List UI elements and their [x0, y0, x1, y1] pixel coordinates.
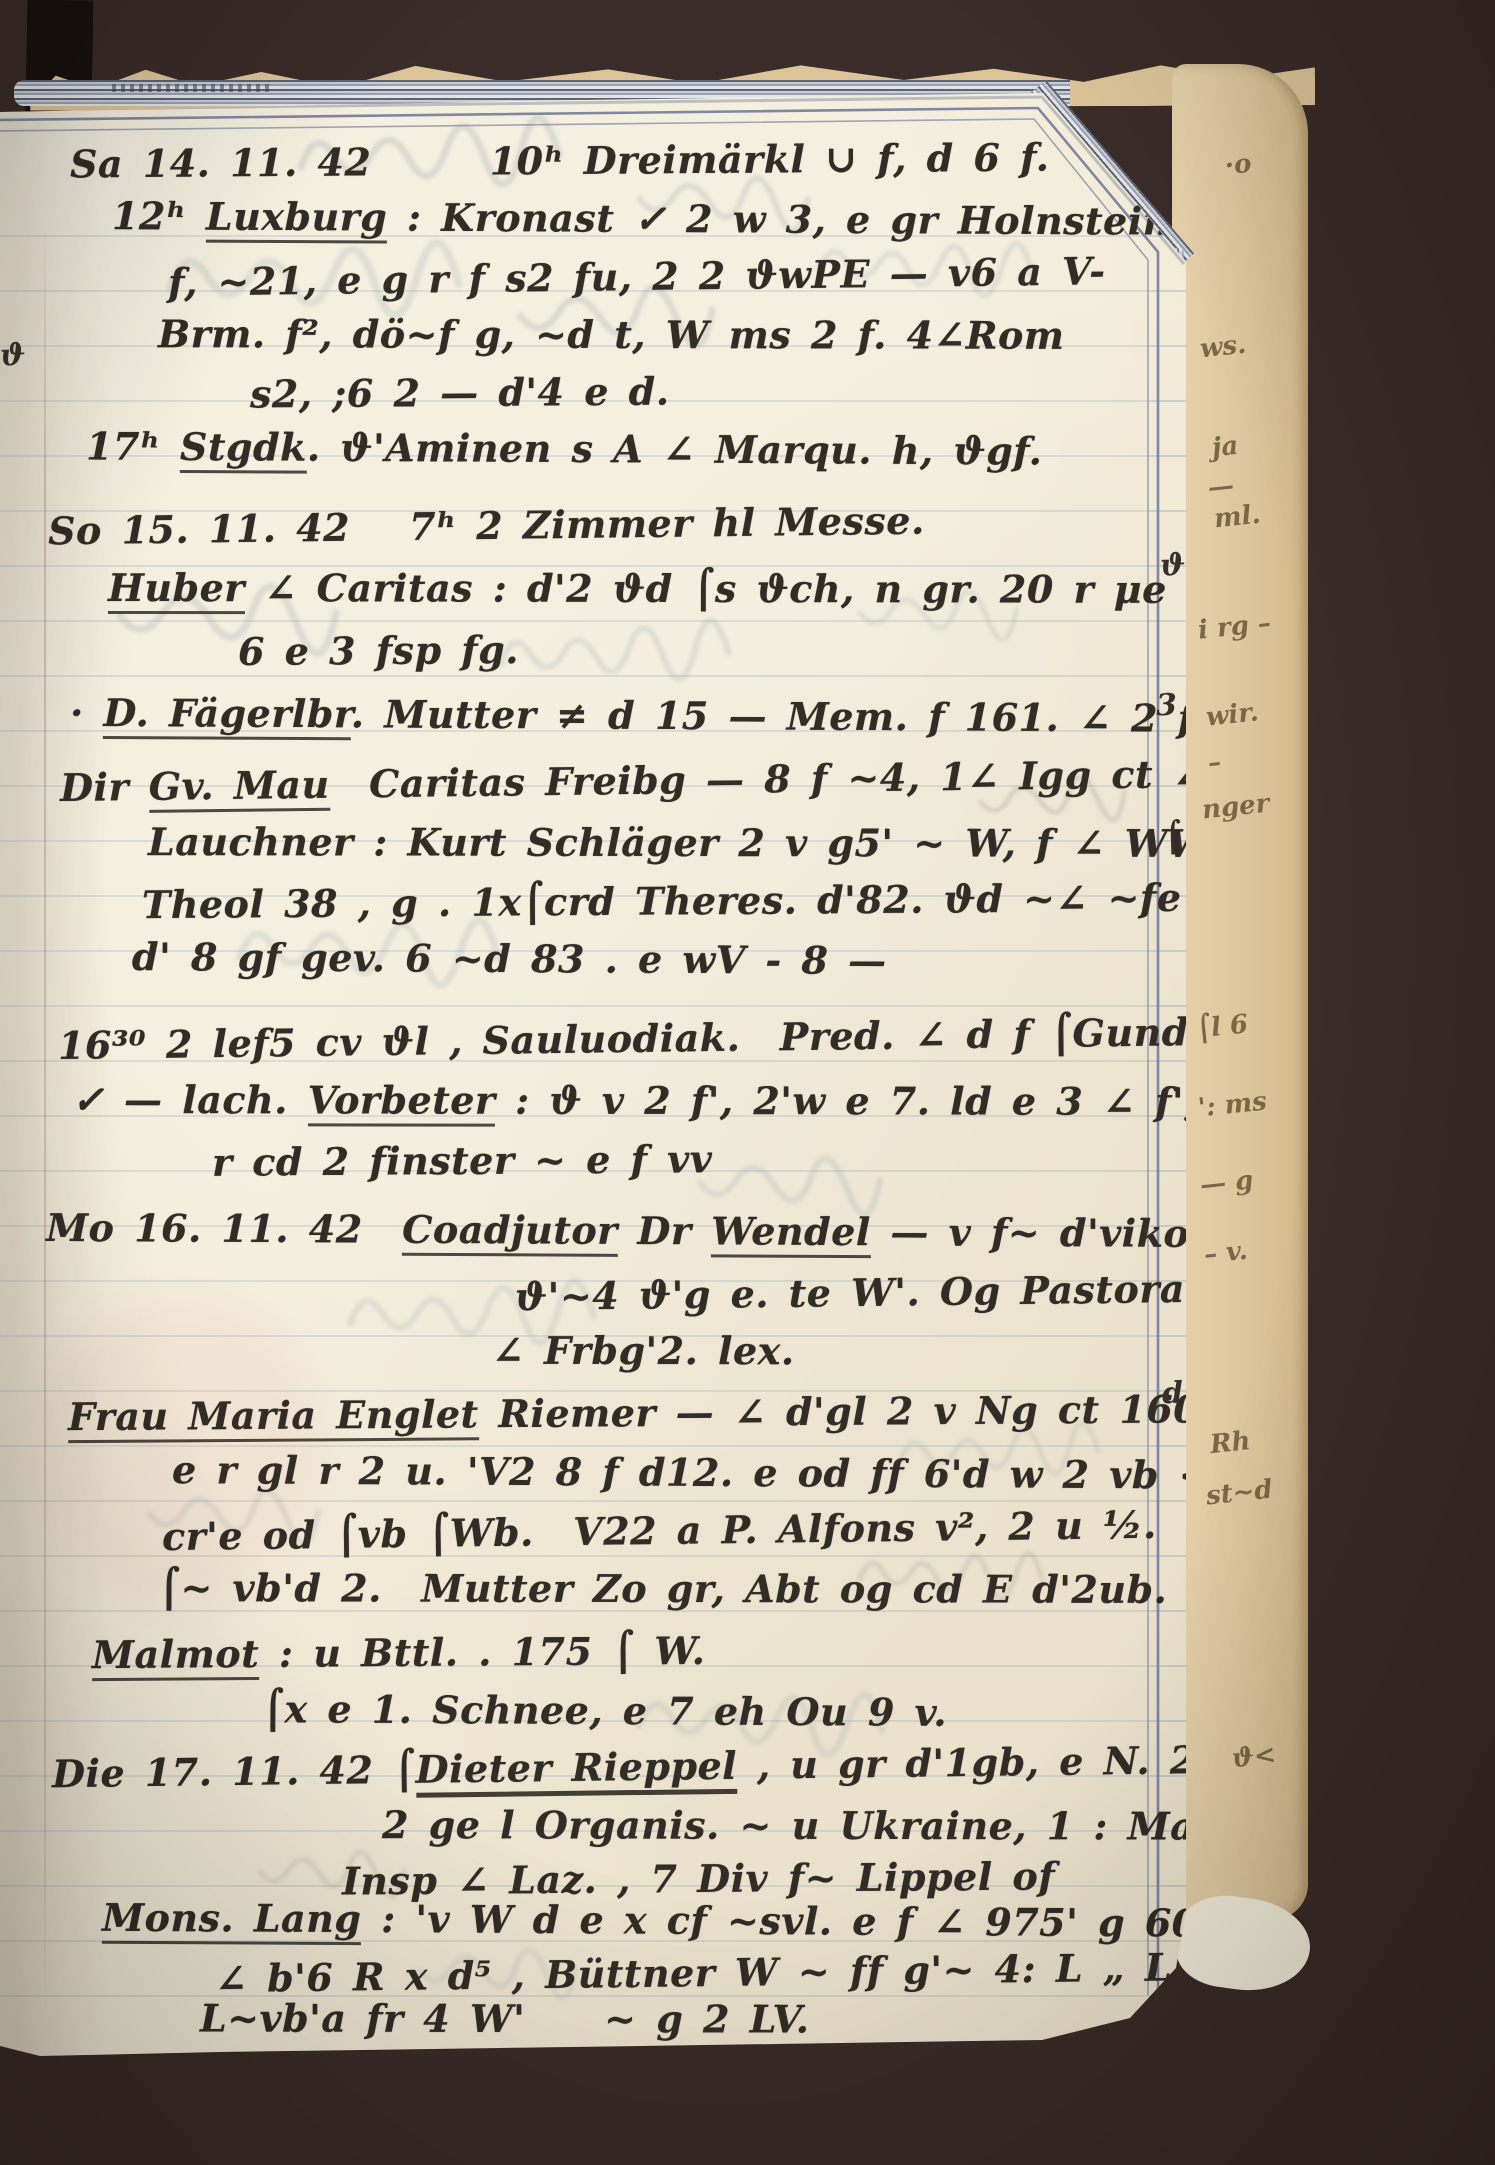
- edge-writing-fragment: ·o: [1224, 149, 1253, 182]
- margin-fragments-layer: ·ows.ja—ml.i rg –wir.–nger⌠l 6': ms— g– …: [0, 0, 1495, 2165]
- edge-writing-fragment: –: [1206, 747, 1222, 778]
- edge-writing-fragment: — g: [1199, 1165, 1255, 1200]
- edge-writing-fragment: Rh: [1209, 1426, 1252, 1460]
- edge-writing-fragment: d: [1161, 1376, 1183, 1412]
- edge-writing-fragment: ϑ: [0, 338, 26, 374]
- edge-writing-fragment: ja: [1211, 431, 1240, 464]
- edge-writing-fragment: ml.: [1213, 500, 1262, 535]
- edge-writing-fragment: ': ms: [1197, 1086, 1269, 1123]
- edge-writing-fragment: ϑ: [1159, 548, 1186, 584]
- edge-writing-fragment: ws.: [1199, 330, 1248, 365]
- edge-writing-fragment: ⌠l 6: [1195, 1009, 1250, 1044]
- edge-writing-fragment: ϑ<: [1231, 1740, 1278, 1774]
- edge-writing-fragment: ⌠: [1163, 820, 1182, 856]
- edge-writing-fragment: —: [1207, 471, 1236, 504]
- photo-background: { "document": { "kind": "handwritten dia…: [0, 0, 1495, 2165]
- edge-writing-fragment: – v.: [1203, 1236, 1250, 1270]
- edge-writing-fragment: wir.: [1205, 697, 1260, 732]
- edge-writing-fragment: nger: [1201, 789, 1271, 826]
- edge-writing-fragment: st~d: [1205, 1475, 1274, 1512]
- edge-writing-fragment: i rg –: [1197, 608, 1273, 645]
- edge-writing-fragment: 3: [1155, 688, 1177, 724]
